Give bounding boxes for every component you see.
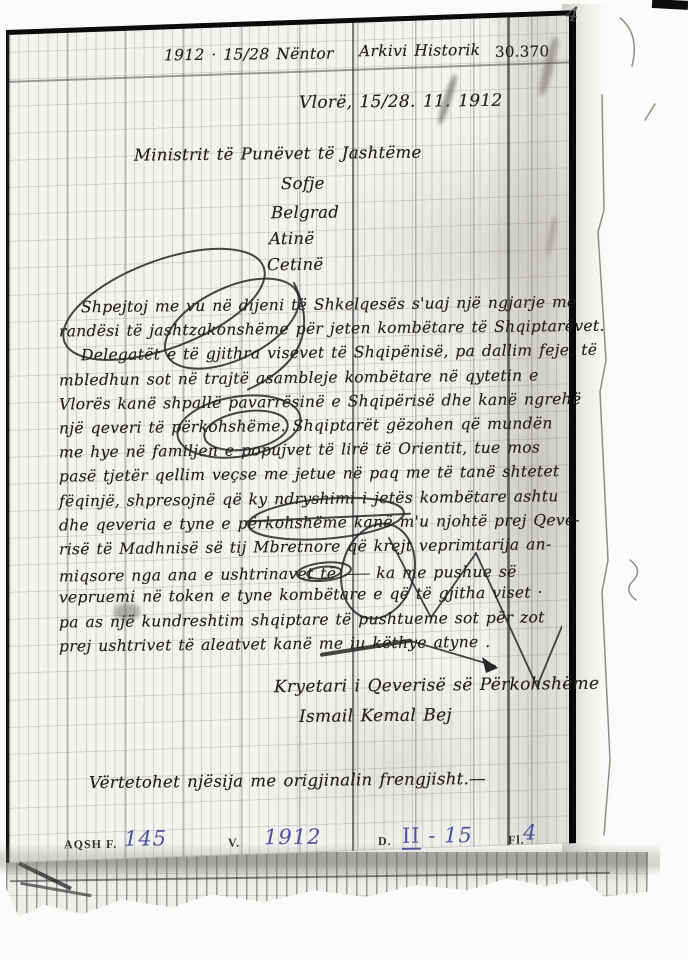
letter-content: 1912 · 15/28 Nëntor Arkivi Historik 30.3… — [6, 24, 566, 858]
annotation-loop-large — [49, 226, 278, 383]
annotation-arrowhead — [482, 657, 498, 673]
torn-paper-edge — [6, 852, 648, 918]
annotation-descender-loop — [331, 516, 424, 626]
annotation-circle-perkohsheme — [173, 388, 304, 466]
pencil-curve-top — [620, 18, 634, 66]
annotation-arrow-shaft — [322, 641, 410, 655]
annotation-arrow-thin — [410, 640, 495, 667]
annotation-loop-tail — [248, 283, 304, 390]
torn-edge-squiggle — [598, 95, 610, 835]
annotation-zigzag — [389, 537, 476, 618]
annotation-loop-inner — [152, 260, 313, 387]
margin-pencil-marks — [590, 0, 688, 960]
pencil-tick — [645, 104, 655, 120]
pencil-curl — [629, 560, 638, 600]
annotation-circle-perkohsheme-inner — [202, 405, 290, 455]
annotation-strikethrough — [246, 514, 410, 522]
scanned-document: { "scan": { "page_number_top": "4", "ink… — [0, 0, 688, 960]
ink-annotations — [6, 24, 562, 858]
annotation-scribble — [296, 560, 351, 583]
